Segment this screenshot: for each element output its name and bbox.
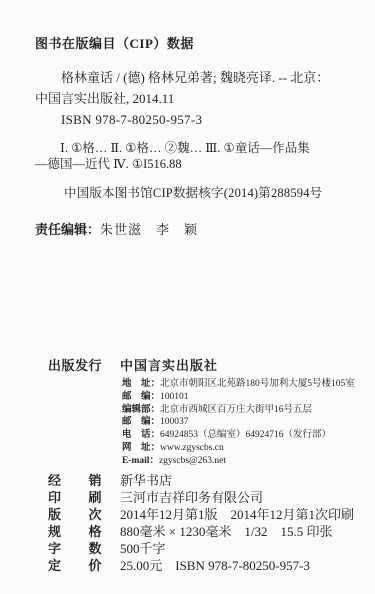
publication-section: 出版发行 中国言实出版社 地 址：北京市朝阳区北苑路180号加利大厦5号楼105… (0, 356, 375, 574)
contact-website-value: www.zgyscbs.cn (160, 443, 224, 453)
responsible-editor-line: 责任编辑：朱世滋 李 颖 (35, 219, 347, 240)
cip-record-number: 中国版本图书馆CIP数据核字(2014)第288594号 (64, 183, 347, 204)
edition-value: 2014年12月第1版 2014年12月第1次印刷 (120, 506, 354, 523)
contact-editorial-dept-label: 编辑部： (122, 405, 160, 415)
contact-address-row: 地 址：北京市朝阳区北苑路180号加利大厦5号楼105室 (122, 378, 375, 391)
contact-email-label: E-mail： (122, 456, 159, 466)
cip-classification-line-1: Ⅰ. ①格… Ⅱ. ①格… ②魏… Ⅲ. ①童话—作品集 (35, 140, 347, 156)
cip-classification-line-2: —德国—近代 Ⅳ. ①I516.88 (35, 156, 347, 172)
publisher-name: 中国言实出版社 (120, 356, 218, 376)
copyright-page: 图书在版编目（CIP）数据 格林童话 / (德) 格林兄弟著; 魏晓亮译. --… (0, 0, 375, 594)
cip-title-statement-line: 格林童话 / (德) 格林兄弟著; 魏晓亮译. -- 北京： (35, 67, 347, 88)
contact-address-value: 北京市朝阳区北苑路180号加利大厦5号楼105室 (160, 379, 355, 389)
contact-address-label: 地 址： (122, 379, 160, 389)
publisher-label: 出版发行 (48, 356, 120, 376)
format-label: 规 格 (48, 523, 120, 540)
contact-postcode2-row: 邮 编：100037 (122, 416, 375, 429)
contact-website-label: 网 址： (122, 443, 160, 453)
distributor-row: 经 销 新华书店 (48, 472, 375, 489)
price-value: 25.00元 ISBN 978-7-80250-957-3 (120, 557, 310, 574)
price-row: 定 价 25.00元 ISBN 978-7-80250-957-3 (48, 557, 375, 574)
cip-publisher-line: 中国言实出版社, 2014.11 (35, 88, 347, 109)
contact-phone-row: 电 话：64924853（总编室）64924716（发行部） (122, 429, 375, 442)
contact-phone-label: 电 话： (122, 430, 160, 440)
price-label: 定 价 (48, 557, 120, 574)
contact-editorial-dept-value: 北京市西城区百万庄大街甲16号五层 (160, 405, 312, 415)
publisher-contact-block: 地 址：北京市朝阳区北苑路180号加利大厦5号楼105室 邮 编：100101 … (122, 378, 375, 468)
edition-row: 版 次 2014年12月第1版 2014年12月第1次印刷 (48, 506, 375, 523)
word-count-row: 字 数 500千字 (48, 540, 375, 557)
word-count-label: 字 数 (48, 540, 120, 557)
contact-email-row: E-mail：zgyscbs@263.net (122, 455, 375, 468)
format-row: 规 格 880毫米 × 1230毫米 1/32 15.5 印张 (48, 523, 375, 540)
edition-label: 版 次 (48, 506, 120, 523)
cip-header: 图书在版编目（CIP）数据 (35, 33, 347, 54)
contact-phone-value: 64924853（总编室）64924716（发行部） (160, 430, 331, 440)
distributor-value: 新华书店 (120, 472, 172, 489)
format-value: 880毫米 × 1230毫米 1/32 15.5 印张 (120, 523, 332, 540)
printer-value: 三河市吉祥印务有限公司 (120, 489, 263, 506)
contact-postcode-row: 邮 编：100101 (122, 391, 375, 404)
contact-website-row: 网 址：www.zgyscbs.cn (122, 442, 375, 455)
cip-classification-block: Ⅰ. ①格… Ⅱ. ①格… ②魏… Ⅲ. ①童话—作品集 —德国—近代 Ⅳ. ①… (35, 140, 347, 172)
contact-email-value: zgyscbs@263.net (159, 456, 226, 466)
contact-editorial-dept-row: 编辑部：北京市西城区百万庄大街甲16号五层 (122, 404, 375, 417)
contact-postcode-value: 100101 (160, 392, 189, 402)
word-count-value: 500千字 (120, 540, 166, 557)
publisher-row: 出版发行 中国言实出版社 (48, 356, 375, 376)
cip-section: 图书在版编目（CIP）数据 格林童话 / (德) 格林兄弟著; 魏晓亮译. --… (0, 0, 375, 240)
contact-postcode2-label: 邮 编： (122, 417, 160, 427)
contact-postcode-label: 邮 编： (122, 392, 160, 402)
cip-isbn-line: ISBN 978-7-80250-957-3 (35, 109, 347, 130)
printer-label: 印 刷 (48, 489, 120, 506)
printer-row: 印 刷 三河市吉祥印务有限公司 (48, 489, 375, 506)
responsible-editor-label: 责任编辑： (35, 222, 100, 237)
contact-postcode2-value: 100037 (160, 417, 189, 427)
distributor-label: 经 销 (48, 472, 120, 489)
responsible-editor-names: 朱世滋 李 颖 (100, 222, 198, 237)
